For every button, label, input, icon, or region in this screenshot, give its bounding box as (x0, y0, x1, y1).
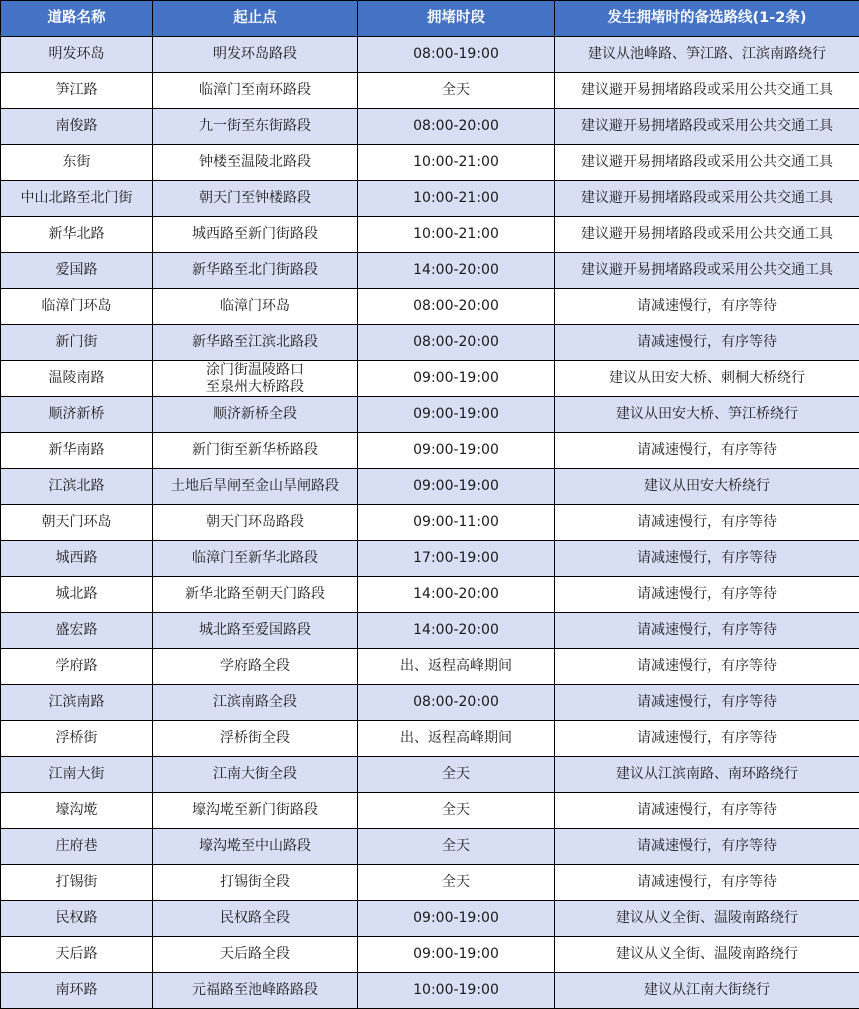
table-row: 城北路新华北路至朝天门路段14:00-20:00请减速慢行，有序等待 (1, 577, 859, 613)
table-row: 天后路天后路全段09:00-19:00建议从义全街、温陵南路绕行 (1, 937, 859, 973)
cell-endpoints: 临漳门至新华北路段 (153, 541, 358, 577)
header-alternative-routes: 发生拥堵时的备选路线(1-2条) (555, 1, 859, 37)
cell-road-name: 浮桥街 (1, 721, 153, 757)
header-congestion-period: 拥堵时段 (358, 1, 555, 37)
cell-congestion-period: 14:00-20:00 (358, 613, 555, 649)
cell-alternative-route: 建议从江南大街绕行 (555, 973, 859, 1009)
table-row: 爱国路新华路至北门街路段14:00-20:00建议避开易拥堵路段或采用公共交通工… (1, 253, 859, 289)
table-row: 壕沟墘壕沟墘至新门街路段全天请减速慢行，有序等待 (1, 793, 859, 829)
table-header: 道路名称起止点拥堵时段发生拥堵时的备选路线(1-2条) (1, 1, 859, 37)
cell-road-name: 朝天门环岛 (1, 505, 153, 541)
cell-endpoints: 元福路至池峰路路段 (153, 973, 358, 1009)
table-row: 中山北路至北门街朝天门至钟楼路段10:00-21:00建议避开易拥堵路段或采用公… (1, 181, 859, 217)
cell-endpoints: 顺济新桥全段 (153, 397, 358, 433)
cell-endpoints: 新门街至新华桥路段 (153, 433, 358, 469)
cell-endpoints: 明发环岛路段 (153, 37, 358, 73)
table-row: 浮桥街浮桥街全段出、返程高峰期间请减速慢行，有序等待 (1, 721, 859, 757)
cell-road-name: 中山北路至北门街 (1, 181, 153, 217)
table-row: 打锡街打锡街全段全天请减速慢行，有序等待 (1, 865, 859, 901)
table-row: 朝天门环岛朝天门环岛路段09:00-11:00请减速慢行，有序等待 (1, 505, 859, 541)
cell-road-name: 南环路 (1, 973, 153, 1009)
cell-alternative-route: 请减速慢行，有序等待 (555, 541, 859, 577)
cell-congestion-period: 08:00-19:00 (358, 37, 555, 73)
cell-alternative-route: 建议避开易拥堵路段或采用公共交通工具 (555, 217, 859, 253)
cell-endpoints: 江滨南路全段 (153, 685, 358, 721)
cell-endpoints: 临漳门环岛 (153, 289, 358, 325)
header-road-name: 道路名称 (1, 1, 153, 37)
cell-alternative-route: 建议从田安大桥、笋江桥绕行 (555, 397, 859, 433)
table-row: 城西路临漳门至新华北路段17:00-19:00请减速慢行，有序等待 (1, 541, 859, 577)
table-row: 江南大街江南大街全段全天建议从江滨南路、南环路绕行 (1, 757, 859, 793)
cell-alternative-route: 建议避开易拥堵路段或采用公共交通工具 (555, 253, 859, 289)
table-row: 顺济新桥顺济新桥全段09:00-19:00建议从田安大桥、笋江桥绕行 (1, 397, 859, 433)
table-row: 东街钟楼至温陵北路段10:00-21:00建议避开易拥堵路段或采用公共交通工具 (1, 145, 859, 181)
cell-endpoints: 打锡街全段 (153, 865, 358, 901)
table-row: 新门街新华路至江滨北路段08:00-20:00请减速慢行，有序等待 (1, 325, 859, 361)
table-row: 学府路学府路全段出、返程高峰期间请减速慢行，有序等待 (1, 649, 859, 685)
table-row: 江滨南路江滨南路全段08:00-20:00请减速慢行，有序等待 (1, 685, 859, 721)
cell-road-name: 温陵南路 (1, 361, 153, 397)
table-row: 临漳门环岛临漳门环岛08:00-20:00请减速慢行，有序等待 (1, 289, 859, 325)
cell-congestion-period: 10:00-19:00 (358, 973, 555, 1009)
cell-congestion-period: 08:00-20:00 (358, 109, 555, 145)
cell-congestion-period: 10:00-21:00 (358, 217, 555, 253)
cell-congestion-period: 09:00-19:00 (358, 901, 555, 937)
cell-endpoints: 九一街至东街路段 (153, 109, 358, 145)
cell-congestion-period: 09:00-19:00 (358, 433, 555, 469)
cell-congestion-period: 17:00-19:00 (358, 541, 555, 577)
cell-road-name: 明发环岛 (1, 37, 153, 73)
cell-road-name: 新门街 (1, 325, 153, 361)
cell-congestion-period: 09:00-11:00 (358, 505, 555, 541)
cell-congestion-period: 出、返程高峰期间 (358, 649, 555, 685)
cell-congestion-period: 09:00-19:00 (358, 469, 555, 505)
cell-road-name: 江南大街 (1, 757, 153, 793)
cell-congestion-period: 全天 (358, 757, 555, 793)
header-row: 道路名称起止点拥堵时段发生拥堵时的备选路线(1-2条) (1, 1, 859, 37)
cell-road-name: 爱国路 (1, 253, 153, 289)
cell-congestion-period: 出、返程高峰期间 (358, 721, 555, 757)
cell-alternative-route: 请减速慢行，有序等待 (555, 685, 859, 721)
cell-alternative-route: 建议避开易拥堵路段或采用公共交通工具 (555, 181, 859, 217)
cell-endpoints: 浮桥街全段 (153, 721, 358, 757)
header-endpoints: 起止点 (153, 1, 358, 37)
cell-endpoints: 壕沟墘至新门街路段 (153, 793, 358, 829)
cell-alternative-route: 请减速慢行，有序等待 (555, 577, 859, 613)
cell-congestion-period: 14:00-20:00 (358, 577, 555, 613)
cell-alternative-route: 请减速慢行，有序等待 (555, 613, 859, 649)
cell-road-name: 盛宏路 (1, 613, 153, 649)
table-row: 江滨北路土地后旱闸至金山旱闸路段09:00-19:00建议从田安大桥绕行 (1, 469, 859, 505)
cell-alternative-route: 请减速慢行，有序等待 (555, 721, 859, 757)
cell-road-name: 临漳门环岛 (1, 289, 153, 325)
table-row: 南环路元福路至池峰路路段10:00-19:00建议从江南大街绕行 (1, 973, 859, 1009)
cell-alternative-route: 建议避开易拥堵路段或采用公共交通工具 (555, 109, 859, 145)
cell-road-name: 民权路 (1, 901, 153, 937)
cell-endpoints: 新华北路至朝天门路段 (153, 577, 358, 613)
cell-endpoints: 新华路至北门街路段 (153, 253, 358, 289)
cell-endpoints: 城北路至爱国路段 (153, 613, 358, 649)
cell-congestion-period: 09:00-19:00 (358, 937, 555, 973)
cell-alternative-route: 请减速慢行，有序等待 (555, 325, 859, 361)
cell-alternative-route: 建议从义全街、温陵南路绕行 (555, 901, 859, 937)
cell-alternative-route: 建议从田安大桥绕行 (555, 469, 859, 505)
table-row: 明发环岛明发环岛路段08:00-19:00建议从池峰路、笋江路、江滨南路绕行 (1, 37, 859, 73)
cell-endpoints: 城西路至新门街路段 (153, 217, 358, 253)
cell-congestion-period: 全天 (358, 865, 555, 901)
cell-endpoints: 朝天门至钟楼路段 (153, 181, 358, 217)
cell-alternative-route: 请减速慢行，有序等待 (555, 505, 859, 541)
cell-road-name: 新华北路 (1, 217, 153, 253)
cell-congestion-period: 09:00-19:00 (358, 361, 555, 397)
cell-alternative-route: 请减速慢行，有序等待 (555, 793, 859, 829)
cell-road-name: 笋江路 (1, 73, 153, 109)
cell-alternative-route: 请减速慢行，有序等待 (555, 649, 859, 685)
cell-endpoints: 新华路至江滨北路段 (153, 325, 358, 361)
cell-congestion-period: 08:00-20:00 (358, 289, 555, 325)
table-body: 明发环岛明发环岛路段08:00-19:00建议从池峰路、笋江路、江滨南路绕行笋江… (1, 37, 859, 1009)
cell-road-name: 东街 (1, 145, 153, 181)
table-row: 笋江路临漳门至南环路段全天建议避开易拥堵路段或采用公共交通工具 (1, 73, 859, 109)
table-row: 南俊路九一街至东街路段08:00-20:00建议避开易拥堵路段或采用公共交通工具 (1, 109, 859, 145)
cell-endpoints: 天后路全段 (153, 937, 358, 973)
cell-alternative-route: 建议从田安大桥、刺桐大桥绕行 (555, 361, 859, 397)
cell-road-name: 江滨北路 (1, 469, 153, 505)
cell-road-name: 新华南路 (1, 433, 153, 469)
cell-endpoints: 江南大街全段 (153, 757, 358, 793)
cell-alternative-route: 建议避开易拥堵路段或采用公共交通工具 (555, 73, 859, 109)
cell-alternative-route: 请减速慢行，有序等待 (555, 829, 859, 865)
cell-congestion-period: 14:00-20:00 (358, 253, 555, 289)
cell-road-name: 城西路 (1, 541, 153, 577)
congestion-roads-table: 道路名称起止点拥堵时段发生拥堵时的备选路线(1-2条) 明发环岛明发环岛路段08… (0, 0, 859, 1009)
cell-endpoints: 钟楼至温陵北路段 (153, 145, 358, 181)
cell-congestion-period: 全天 (358, 793, 555, 829)
cell-road-name: 天后路 (1, 937, 153, 973)
cell-endpoints: 民权路全段 (153, 901, 358, 937)
cell-endpoints: 朝天门环岛路段 (153, 505, 358, 541)
cell-congestion-period: 10:00-21:00 (358, 181, 555, 217)
cell-alternative-route: 请减速慢行，有序等待 (555, 289, 859, 325)
cell-road-name: 庄府巷 (1, 829, 153, 865)
cell-congestion-period: 10:00-21:00 (358, 145, 555, 181)
cell-alternative-route: 请减速慢行，有序等待 (555, 433, 859, 469)
cell-alternative-route: 建议从池峰路、笋江路、江滨南路绕行 (555, 37, 859, 73)
cell-alternative-route: 建议从义全街、温陵南路绕行 (555, 937, 859, 973)
cell-endpoints: 学府路全段 (153, 649, 358, 685)
cell-endpoints: 土地后旱闸至金山旱闸路段 (153, 469, 358, 505)
table-row: 庄府巷壕沟墘至中山路段全天请减速慢行，有序等待 (1, 829, 859, 865)
cell-road-name: 顺济新桥 (1, 397, 153, 433)
table-row: 温陵南路涂门街温陵路口 至泉州大桥路段09:00-19:00建议从田安大桥、刺桐… (1, 361, 859, 397)
cell-endpoints: 涂门街温陵路口 至泉州大桥路段 (153, 361, 358, 397)
cell-road-name: 江滨南路 (1, 685, 153, 721)
cell-congestion-period: 09:00-19:00 (358, 397, 555, 433)
cell-congestion-period: 08:00-20:00 (358, 685, 555, 721)
table-row: 新华北路城西路至新门街路段10:00-21:00建议避开易拥堵路段或采用公共交通… (1, 217, 859, 253)
cell-road-name: 打锡街 (1, 865, 153, 901)
cell-road-name: 城北路 (1, 577, 153, 613)
cell-alternative-route: 建议避开易拥堵路段或采用公共交通工具 (555, 145, 859, 181)
cell-congestion-period: 全天 (358, 829, 555, 865)
cell-congestion-period: 全天 (358, 73, 555, 109)
cell-road-name: 学府路 (1, 649, 153, 685)
cell-alternative-route: 建议从江滨南路、南环路绕行 (555, 757, 859, 793)
cell-alternative-route: 请减速慢行，有序等待 (555, 865, 859, 901)
cell-congestion-period: 08:00-20:00 (358, 325, 555, 361)
cell-road-name: 南俊路 (1, 109, 153, 145)
cell-endpoints: 壕沟墘至中山路段 (153, 829, 358, 865)
cell-endpoints: 临漳门至南环路段 (153, 73, 358, 109)
table-row: 盛宏路城北路至爱国路段14:00-20:00请减速慢行，有序等待 (1, 613, 859, 649)
table-row: 新华南路新门街至新华桥路段09:00-19:00请减速慢行，有序等待 (1, 433, 859, 469)
cell-road-name: 壕沟墘 (1, 793, 153, 829)
table-row: 民权路民权路全段09:00-19:00建议从义全街、温陵南路绕行 (1, 901, 859, 937)
